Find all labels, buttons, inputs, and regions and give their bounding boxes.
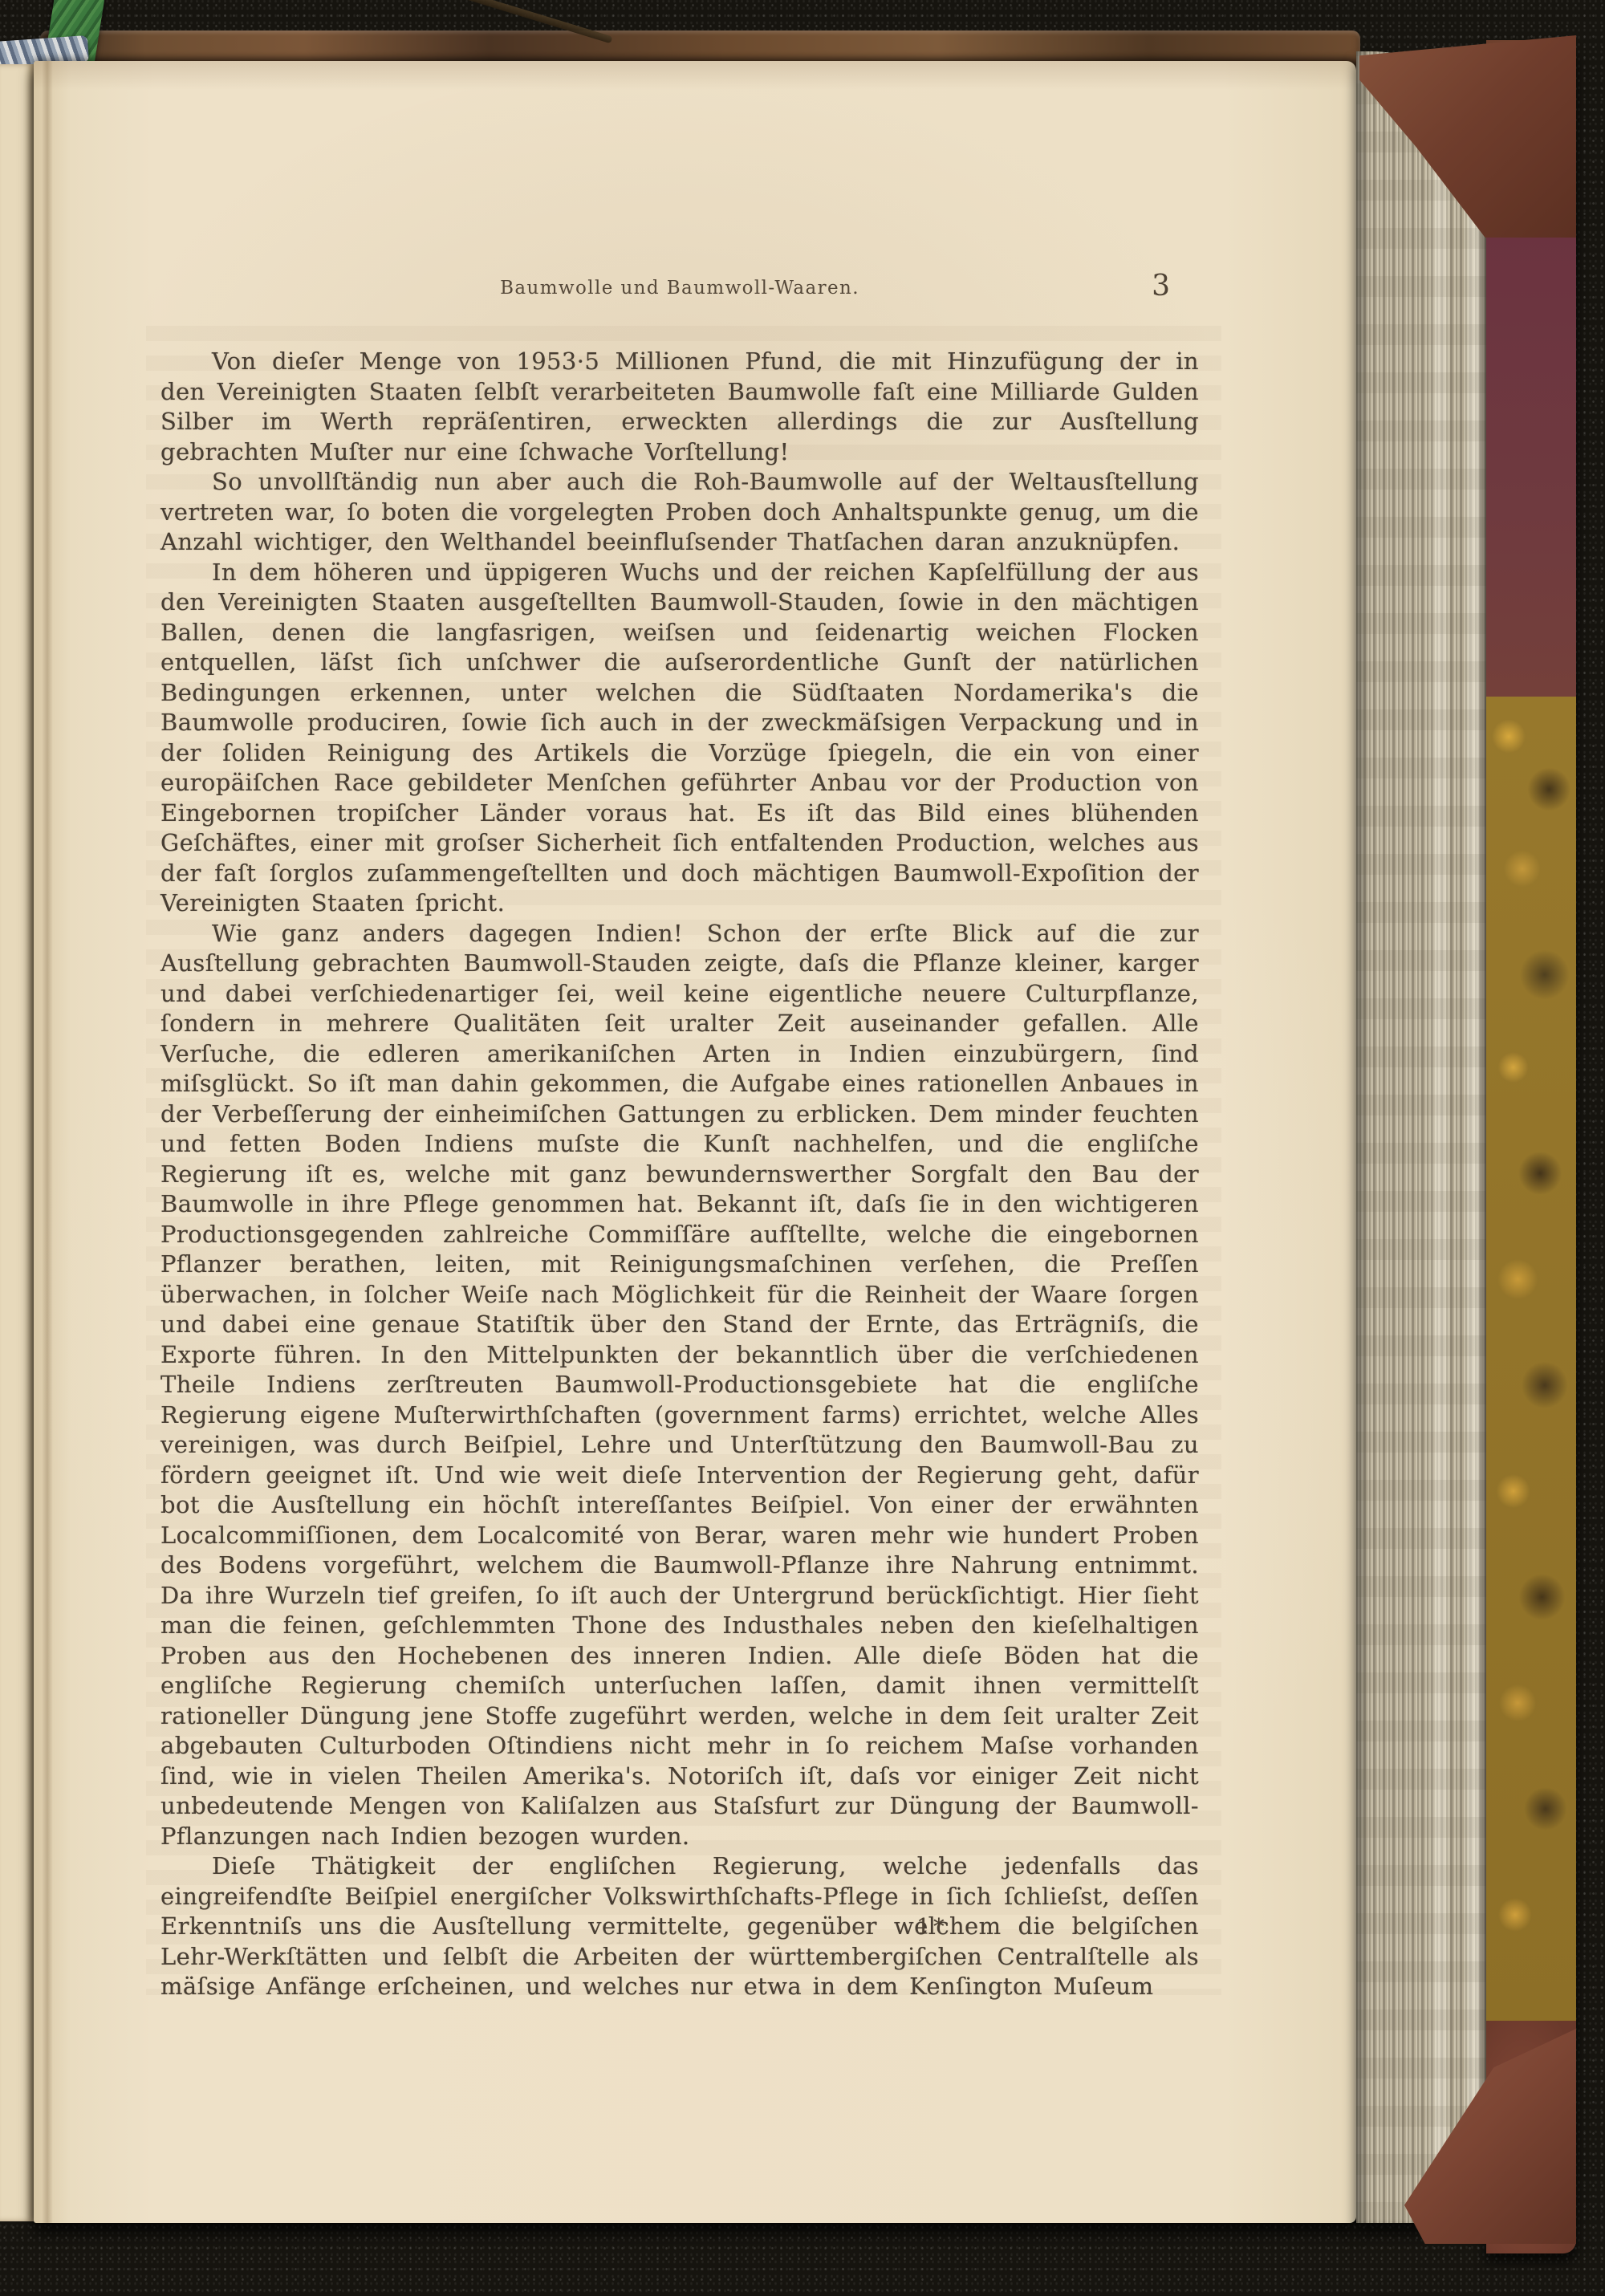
page-stack-fore-edge [1356,51,1491,2223]
book-cover-edge [1486,40,1576,2253]
book-page: Baumwolle und Baumwoll-Waaren. 3 Von die… [34,61,1356,2223]
book-scan: Baumwolle und Baumwoll-Waaren. 3 Von die… [0,0,1605,2296]
paragraph: In dem höheren und üppigeren Wuchs und d… [160,558,1199,919]
page-header: Baumwolle und Baumwoll-Waaren. 3 [160,278,1199,326]
paragraph: So unvollſtändig nun aber auch die Roh-B… [160,467,1199,558]
adjacent-page-edge [0,64,34,2221]
page-number: 3 [1152,270,1170,303]
leather-cover-maroon [1486,231,1576,697]
body-text: Von dieſer Menge von 1953·5 Millionen Pf… [160,347,1199,2002]
running-title: Baumwolle und Baumwoll-Waaren. [160,278,1199,299]
signature-mark: 1* [916,1915,1013,1940]
paragraph: Von dieſer Menge von 1953·5 Millionen Pf… [160,347,1199,467]
marbled-board [1486,697,1576,2021]
paragraph: Dieſe Thätigkeit der engliſchen Regierun… [160,1851,1199,2002]
paragraph: Wie ganz anders dagegen Indien! Schon de… [160,919,1199,1852]
gutter-shadow [42,61,53,2223]
